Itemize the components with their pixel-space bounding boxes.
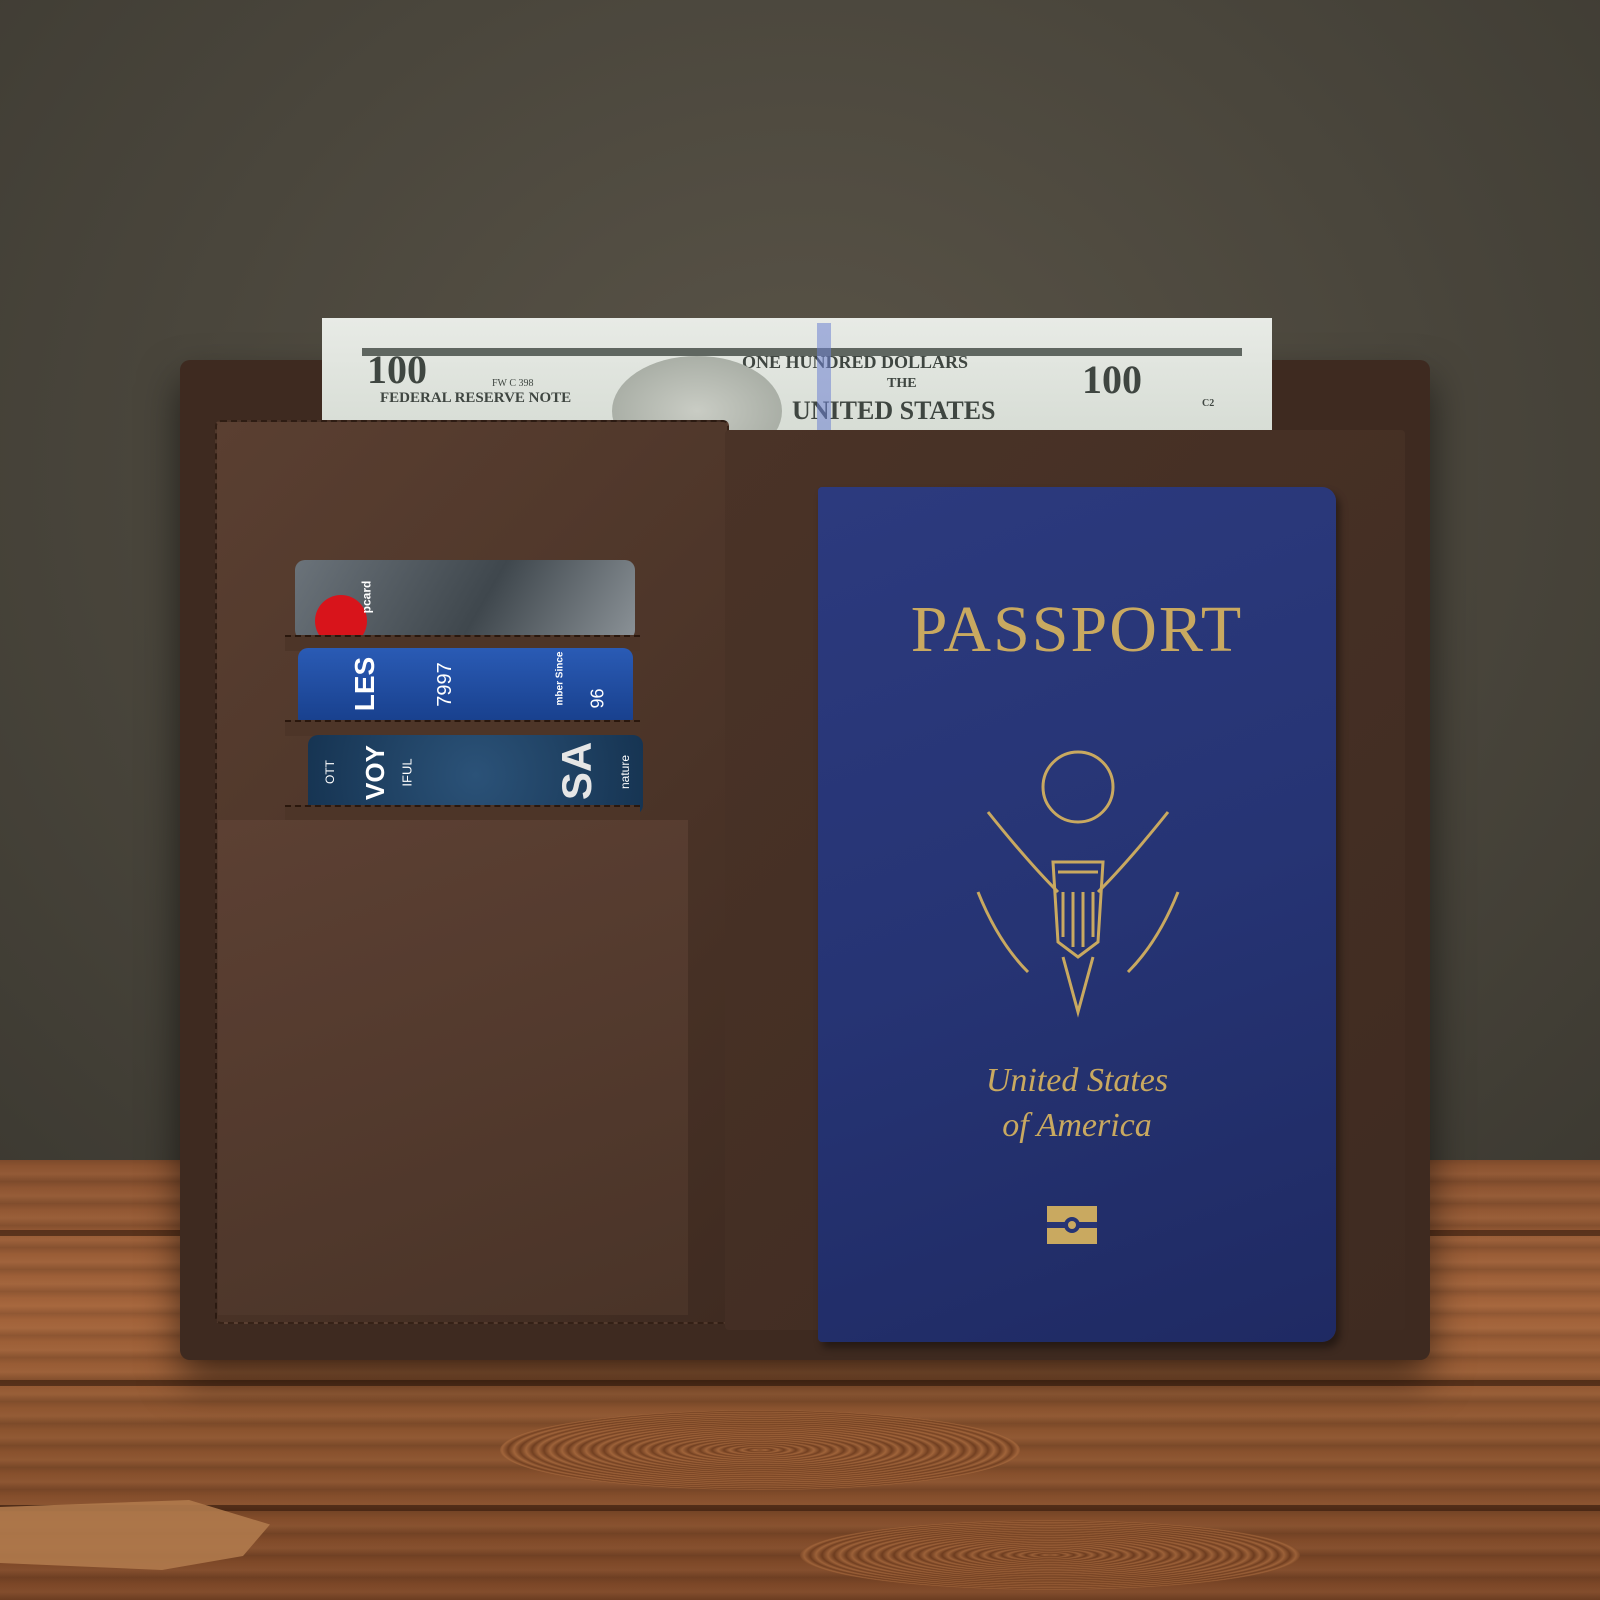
card-year: 96 xyxy=(588,688,609,708)
card-slot xyxy=(285,805,640,821)
bill-denomination-left: 100 xyxy=(367,346,427,393)
passport-country-line1: United States xyxy=(818,1062,1336,1100)
security-ribbon xyxy=(817,323,831,438)
card-text: VOY xyxy=(360,745,391,800)
card-number: 7997 xyxy=(434,662,457,707)
card-member-text: mber Since xyxy=(554,652,565,706)
card-text: LES xyxy=(349,657,381,711)
bill-serial: FW C 398 xyxy=(492,378,534,389)
bill-the: THE xyxy=(887,376,917,392)
card-text: OTT xyxy=(323,760,337,784)
great-seal-eagle-icon xyxy=(968,742,1188,1022)
passport-country-line2: of America xyxy=(818,1107,1336,1145)
bill-denomination-right: 100 xyxy=(1082,356,1142,403)
card-text: pcard xyxy=(359,581,373,614)
bill-series-text: FEDERAL RESERVE NOTE xyxy=(380,390,571,407)
card-slot xyxy=(285,720,640,736)
biometric-chip-icon xyxy=(1046,1205,1098,1245)
visa-logo-icon: SA xyxy=(553,742,601,800)
bill-top-text: ONE HUNDRED DOLLARS xyxy=(742,352,968,373)
wallet-front-pocket xyxy=(218,820,688,1315)
card-text: IFUL xyxy=(400,758,415,786)
plank-seam xyxy=(0,1505,1600,1511)
bill-plate: C2 xyxy=(1202,398,1214,409)
us-passport: PASSPORT United States of America xyxy=(818,487,1336,1342)
card-visa: OTT VOY IFUL SA nature xyxy=(308,735,643,815)
card-miles: LES 7997 mber Since 96 xyxy=(298,648,633,728)
plank-seam xyxy=(0,1380,1600,1386)
wood-knot xyxy=(500,1410,1020,1490)
card-tier: nature xyxy=(618,755,632,789)
card-mastercard: pcard xyxy=(295,560,635,640)
wood-knot xyxy=(800,1520,1300,1590)
passport-title: PASSPORT xyxy=(818,592,1336,668)
